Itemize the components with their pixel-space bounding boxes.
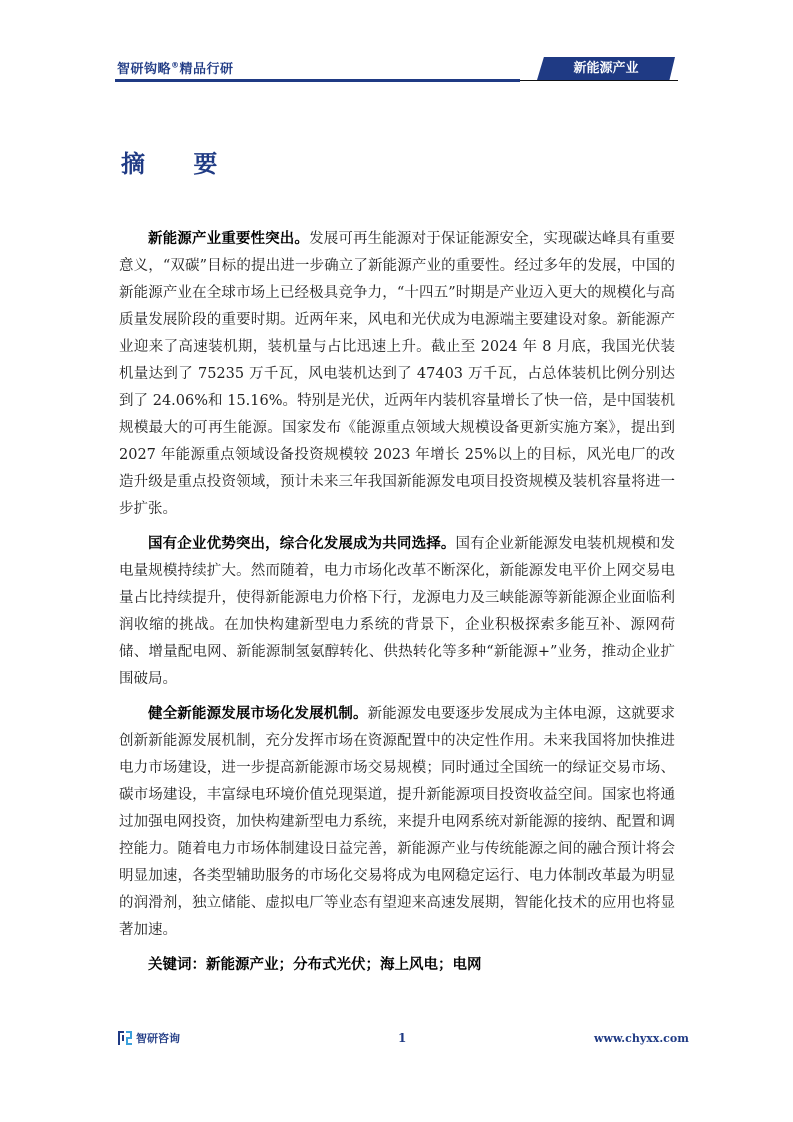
paragraph-text: 国有企业新能源发电装机规模和发电量规模持续扩大。然而随着，电力市场化改革不断深化…	[119, 536, 675, 687]
header-rule-blue	[115, 79, 520, 82]
paragraph-market: 健全新能源发展市场化发展机制。新能源发电要逐步发展成为主体电源，这就要求创新新能…	[119, 701, 675, 944]
keywords: 关键词：新能源产业；分布式光伏；海上风电；电网	[119, 952, 675, 979]
paragraph-lead: 健全新能源发展市场化发展机制。	[148, 706, 368, 722]
abstract-body: 新能源产业重要性突出。发展可再生能源对于保证能源安全，实现碳达峰具有重要意义，“…	[119, 226, 675, 987]
website-link[interactable]: www.chyxx.com	[594, 1032, 689, 1045]
paragraph-lead: 新能源产业重要性突出。	[148, 231, 309, 247]
brand-suffix: 精品行研	[180, 62, 234, 77]
paragraph-text: 新能源发电要逐步发展成为主体电源，这就要求创新新能源发展机制，充分发挥市场在资源…	[119, 706, 675, 938]
page-number: 1	[398, 1031, 406, 1045]
paragraph-lead: 国有企业优势突出，综合化发展成为共同选择。	[148, 536, 456, 552]
paragraph-text: 发展可再生能源对于保证能源安全，实现碳达峰具有重要意义，“双碳”目标的提出进一步…	[119, 231, 675, 517]
registered-mark: ®	[171, 61, 180, 70]
brand-name: 智研钩略	[117, 62, 171, 77]
header-rule-black	[520, 80, 678, 81]
paragraph-soe: 国有企业优势突出，综合化发展成为共同选择。国有企业新能源发电装机规模和发电量规模…	[119, 531, 675, 693]
company-logo-icon	[118, 1031, 132, 1045]
footer-logo: 智研咨询	[118, 1030, 180, 1046]
page-title: 摘 要	[121, 144, 237, 179]
footer-brand: 智研咨询	[136, 1030, 180, 1046]
paragraph-importance: 新能源产业重要性突出。发展可再生能源对于保证能源安全，实现碳达峰具有重要意义，“…	[119, 226, 675, 523]
header-brand: 智研钩略®精品行研	[117, 58, 234, 77]
section-tag: 新能源产业	[537, 57, 675, 80]
